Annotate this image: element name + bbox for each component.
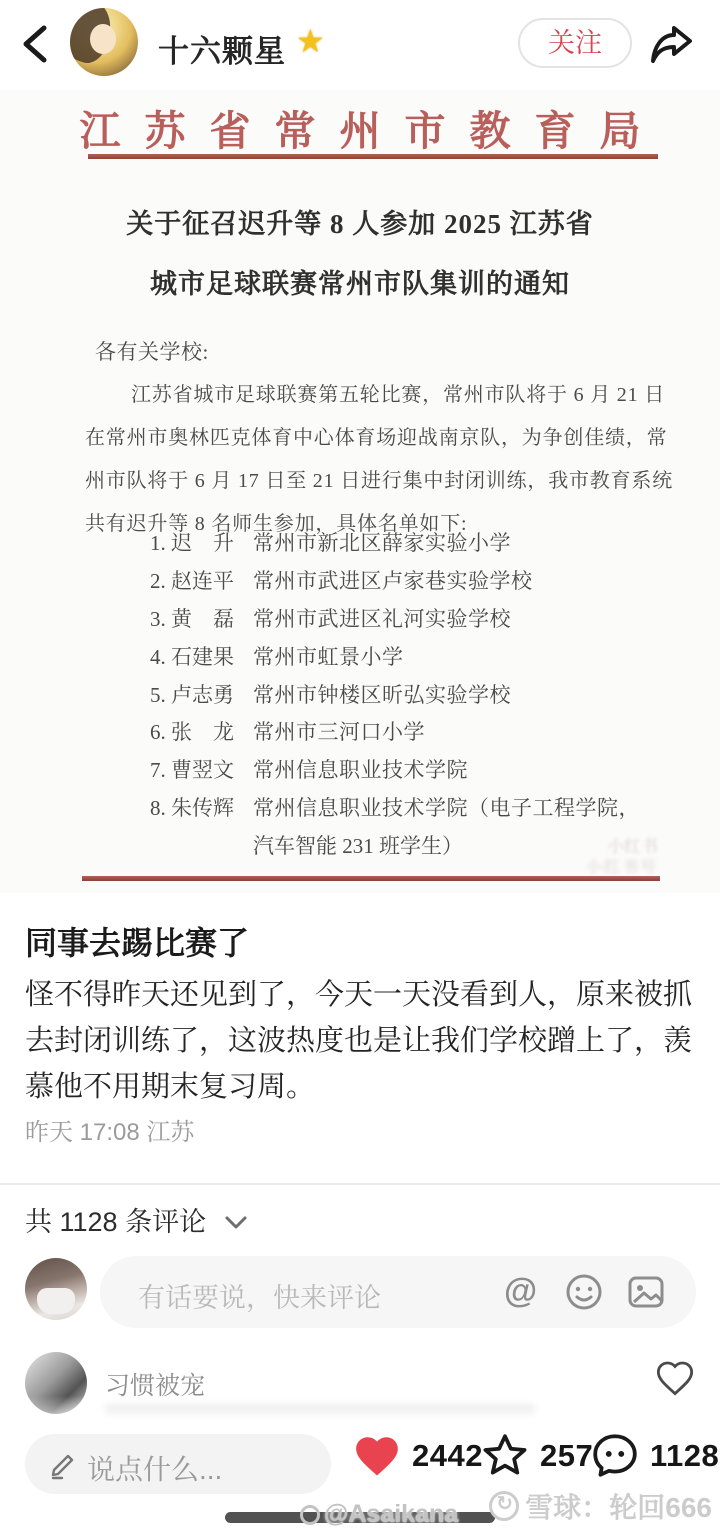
pencil-icon	[47, 1448, 79, 1480]
watermark-center: @Asaikana	[300, 1500, 458, 1529]
roster-row: 6. 张 龙 常州市三河口小学	[150, 716, 690, 746]
roster-row: 8. 朱传辉 常州信息职业技术学院（电子工程学院，	[150, 792, 690, 822]
doc-paragraph-line: 在常州市奥林匹克体育中心体育场迎战南京队，为争创佳绩，常	[85, 421, 665, 450]
roster-row: 3. 黄 磊 常州市武进区礼河实验学校	[150, 603, 690, 633]
top-bar: 十六颗星 ★ 关注	[0, 0, 720, 88]
doc-agency-title: 江苏省常州市教育局	[0, 98, 720, 157]
post-title: 同事去踢比赛了	[25, 918, 249, 964]
image-icon[interactable]	[626, 1272, 666, 1312]
doc-salutation: 各有关学校:	[95, 336, 670, 366]
watermark-right: 雪球：轮回666	[489, 1486, 712, 1526]
like-button[interactable]: 2442	[352, 1430, 483, 1482]
follow-button[interactable]: 关注	[518, 18, 632, 68]
comment-input[interactable]: 有话要说，快来评论 @	[100, 1256, 696, 1328]
roster-row: 4. 石建果 常州市虹景小学	[150, 641, 690, 671]
roster-row: 7. 曹翌文 常州信息职业技术学院	[150, 754, 690, 784]
chevron-down-icon[interactable]	[224, 1215, 248, 1231]
quick-comment-placeholder: 说点什么...	[87, 1448, 222, 1488]
doc-paragraph-line: 州市队将于 6 月 17 日至 21 日进行集中封闭训练，我市教育系统	[85, 464, 665, 493]
comments-count-header[interactable]: 共 1128 条评论	[25, 1200, 248, 1239]
heart-filled-icon	[352, 1431, 402, 1481]
doc-paragraph-line: 江苏省城市足球联赛第五轮比赛，常州市队将于 6 月 21 日	[85, 378, 665, 407]
post-image-document[interactable]: 江苏省常州市教育局 关于征召迟升等 8 人参加 2025 江苏省 城市足球联赛常…	[0, 90, 720, 893]
comments-count-label: 共 1128 条评论	[25, 1207, 206, 1237]
like-count: 2442	[412, 1438, 483, 1474]
post-body: 怪不得昨天还见到了，今天一天没看到人，原来被抓去封闭训练了，这波热度也是让我们学…	[25, 972, 699, 1110]
quick-comment-input[interactable]: 说点什么...	[25, 1434, 331, 1494]
roster-row: 5. 卢志勇 常州市钟楼区昕弘实验学校	[150, 679, 690, 709]
back-icon[interactable]	[18, 24, 54, 64]
my-avatar[interactable]	[25, 1258, 87, 1320]
doc-footer-rule	[82, 876, 660, 881]
bottom-action-bar: 说点什么... 2442 257 1128 @Asaikana	[0, 1424, 720, 1532]
comment-bubble-icon	[590, 1431, 640, 1481]
xueqiu-logo-icon	[489, 1491, 519, 1521]
author-avatar[interactable]	[70, 8, 138, 76]
share-icon[interactable]	[648, 22, 692, 66]
photo-watermark-id: 小红书号	[586, 854, 658, 877]
comment-count: 1128	[650, 1438, 719, 1474]
comment-input-placeholder: 有话要说，快来评论	[138, 1276, 381, 1315]
watermark-logo-icon	[300, 1505, 320, 1525]
username-star-icon: ★	[296, 22, 325, 60]
comment-like-heart-icon[interactable]	[655, 1358, 695, 1398]
emoji-icon[interactable]	[564, 1272, 604, 1312]
roster-row: 2. 赵连平 常州市武进区卢家巷实验学校	[150, 565, 690, 595]
star-outline-icon	[480, 1431, 530, 1481]
section-divider	[0, 1183, 720, 1185]
roster-row: 1. 迟 升 常州市新北区薛家实验小学	[150, 527, 690, 557]
roster-row-continuation: 汽车智能 231 班学生）	[253, 830, 463, 860]
collect-count: 257	[540, 1438, 593, 1474]
doc-title-line2: 城市足球联赛常州市队集训的通知	[0, 262, 720, 301]
doc-title-line1: 关于征召迟升等 8 人参加 2025 江苏省	[0, 202, 720, 241]
comment-button[interactable]: 1128	[590, 1430, 719, 1482]
screen: 十六颗星 ★ 关注 江苏省常州市教育局 关于征召迟升等 8 人参加 2025 江…	[0, 0, 720, 1532]
collect-button[interactable]: 257	[480, 1430, 593, 1482]
author-username[interactable]: 十六颗星	[158, 26, 286, 71]
doc-header-rule	[88, 154, 658, 159]
mention-icon[interactable]: @	[504, 1272, 544, 1312]
post-timestamp-location: 昨天 17:08 江苏	[25, 1112, 194, 1147]
